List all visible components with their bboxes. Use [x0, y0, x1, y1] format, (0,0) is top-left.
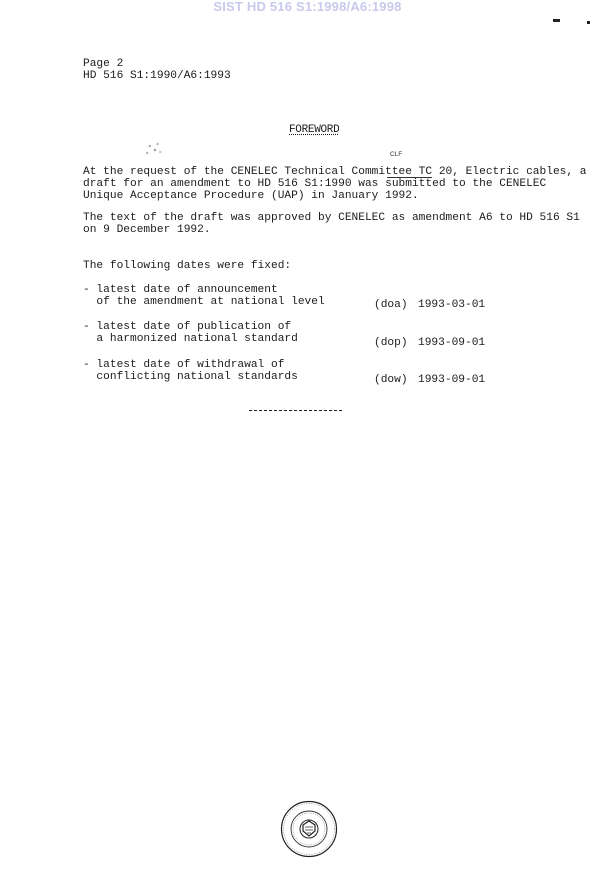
date-item-code: (dow) [374, 374, 408, 386]
date-item-value: 1993-09-01 [418, 337, 485, 349]
paragraph-line: Unique Acceptance Procedure (UAP) in Jan… [83, 190, 419, 202]
page-title: FOREWORD [289, 124, 339, 136]
date-item-value: 1993-09-01 [418, 374, 485, 386]
date-item-code: (doa) [374, 299, 408, 311]
paragraph-line: on 9 December 1992. [83, 224, 211, 236]
scan-mark-2 [587, 21, 590, 24]
document-id: HD 516 S1:1990/A6:1993 [83, 70, 231, 82]
paragraph-dates-intro: The following dates were fixed: [83, 260, 291, 272]
date-item-value: 1993-03-01 [418, 299, 485, 311]
date-item-code: (dop) [374, 337, 408, 349]
scan-mark-1 [553, 19, 560, 22]
paragraph-line: At the request of the CENELEC Technical … [83, 166, 587, 178]
separator-rule [249, 410, 342, 411]
date-item-label: - latest date of announcement [83, 284, 278, 296]
paragraph-line: The text of the draft was approved by CE… [83, 212, 580, 224]
stamp-seal-icon [280, 800, 338, 858]
date-item-label: a harmonized national standard [83, 333, 298, 345]
tc-underline [387, 177, 432, 178]
official-stamp [280, 800, 338, 858]
handwritten-annotation: CLF [390, 151, 402, 158]
scan-speck [142, 138, 168, 158]
date-item-label: of the amendment at national level [83, 296, 325, 308]
paragraph-line: draft for an amendment to HD 516 S1:1990… [83, 178, 546, 190]
date-item-label: conflicting national standards [83, 371, 298, 383]
watermark-title: SIST HD 516 S1:1998/A6:1998 [0, 0, 615, 14]
date-item-label: - latest date of withdrawal of [83, 359, 284, 371]
page-label: Page 2 [83, 58, 123, 70]
date-item-label: - latest date of publication of [83, 321, 291, 333]
